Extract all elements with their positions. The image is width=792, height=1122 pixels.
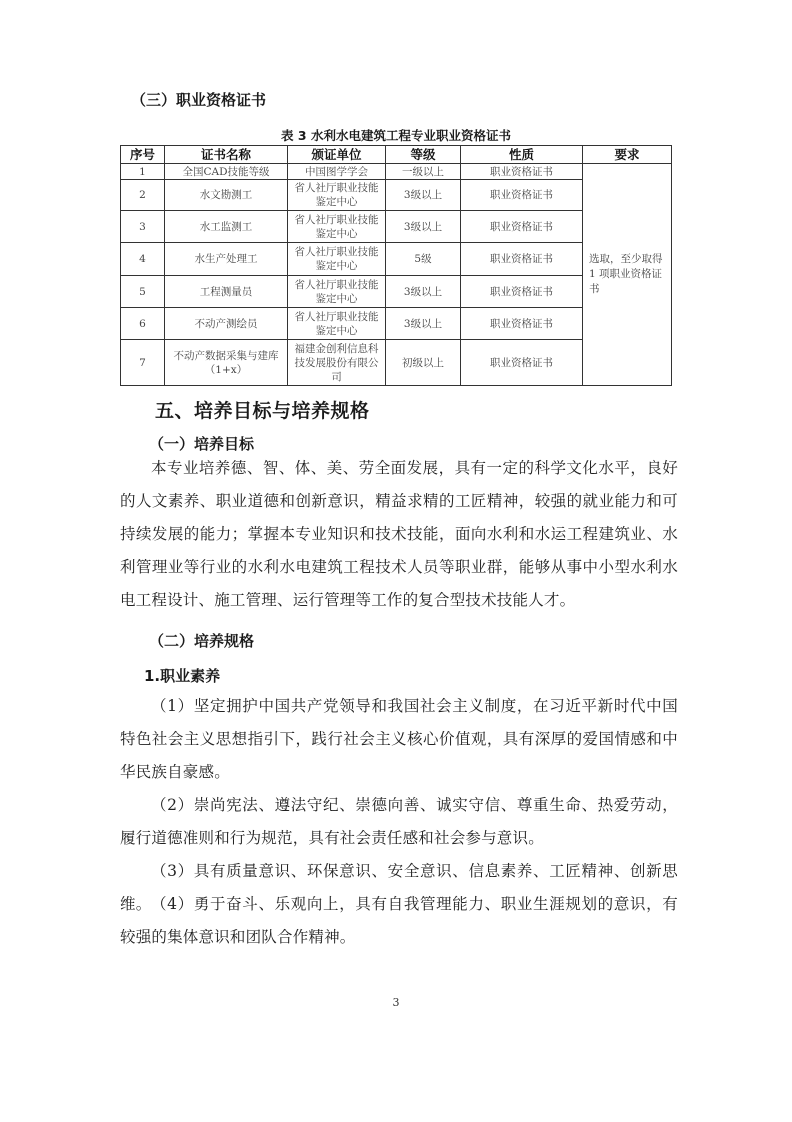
cell-name: 水工监测工 <box>165 211 288 243</box>
cell-name: 不动产数据采集与建库（1+x） <box>165 340 288 386</box>
subsection-heading-spec: （二）培养规格 <box>149 630 254 651</box>
cell-nature: 职业资格证书 <box>461 340 583 386</box>
cell-no: 1 <box>121 164 165 180</box>
cell-no: 3 <box>121 211 165 243</box>
header-level: 等级 <box>386 146 461 164</box>
cell-level: 3级以上 <box>386 211 461 243</box>
header-no: 序号 <box>121 146 165 164</box>
cell-nature: 职业资格证书 <box>461 211 583 243</box>
cell-issuer: 省人社厅职业技能鉴定中心 <box>288 211 386 243</box>
table-header-row: 序号 证书名称 颁证单位 等级 性质 要求 <box>121 146 672 164</box>
cell-issuer: 省人社厅职业技能鉴定中心 <box>288 180 386 211</box>
cell-level: 3级以上 <box>386 276 461 308</box>
cell-name: 全国CAD技能等级 <box>165 164 288 180</box>
cell-name: 水文勘测工 <box>165 180 288 211</box>
cell-nature: 职业资格证书 <box>461 276 583 308</box>
header-name: 证书名称 <box>165 146 288 164</box>
cell-level: 一级以上 <box>386 164 461 180</box>
cell-name: 水生产处理工 <box>165 243 288 276</box>
header-issuer: 颁证单位 <box>288 146 386 164</box>
cell-no: 5 <box>121 276 165 308</box>
cell-issuer: 福建金创利信息科技发展股份有限公司 <box>288 340 386 386</box>
cell-nature: 职业资格证书 <box>461 180 583 211</box>
cell-nature: 职业资格证书 <box>461 308 583 340</box>
section-heading-five: 五、培养目标与培养规格 <box>155 396 370 423</box>
cell-no: 4 <box>121 243 165 276</box>
cell-no: 2 <box>121 180 165 211</box>
point-2: （2）崇尚宪法、遵法守纪、崇德向善、诚实守信、尊重生命、热爱劳动，履行道德准则和… <box>120 789 678 855</box>
cell-requirement: 选取，至少取得 1 项职业资格证书 <box>583 164 672 386</box>
cell-level: 3级以上 <box>386 180 461 211</box>
section-heading-certificates: （三）职业资格证书 <box>131 89 266 110</box>
point-1: （1）坚定拥护中国共产党领导和我国社会主义制度，在习近平新时代中国特色社会主义思… <box>120 690 678 789</box>
cell-level: 3级以上 <box>386 308 461 340</box>
table-caption: 表 3 水利水电建筑工程专业职业资格证书 <box>0 126 792 144</box>
cell-name: 工程测量员 <box>165 276 288 308</box>
cell-no: 6 <box>121 308 165 340</box>
page-number: 3 <box>0 996 792 1009</box>
item-heading-professional-quality: 1.职业素养 <box>144 665 220 686</box>
certificate-table: 序号 证书名称 颁证单位 等级 性质 要求 1 全国CAD技能等级 中国图学学会… <box>120 145 672 386</box>
cell-nature: 职业资格证书 <box>461 243 583 276</box>
cell-level: 初级以上 <box>386 340 461 386</box>
header-nature: 性质 <box>461 146 583 164</box>
cell-issuer: 省人社厅职业技能鉴定中心 <box>288 308 386 340</box>
subsection-heading-goal: （一）培养目标 <box>149 433 254 454</box>
cell-no: 7 <box>121 340 165 386</box>
point-4: （4）勇于奋斗、乐观向上，具有自我管理能力、职业生涯规划的意识，有较强的集体意识… <box>120 888 678 954</box>
cell-issuer: 中国图学学会 <box>288 164 386 180</box>
cell-nature: 职业资格证书 <box>461 164 583 180</box>
cell-issuer: 省人社厅职业技能鉴定中心 <box>288 243 386 276</box>
cell-level: 5级 <box>386 243 461 276</box>
cell-issuer: 省人社厅职业技能鉴定中心 <box>288 276 386 308</box>
cell-name: 不动产测绘员 <box>165 308 288 340</box>
goal-paragraph: 本专业培养德、智、体、美、劳全面发展，具有一定的科学文化水平，良好的人文素养、职… <box>120 452 678 617</box>
header-requirement: 要求 <box>583 146 672 164</box>
table-row: 1 全国CAD技能等级 中国图学学会 一级以上 职业资格证书 选取，至少取得 1… <box>121 164 672 180</box>
